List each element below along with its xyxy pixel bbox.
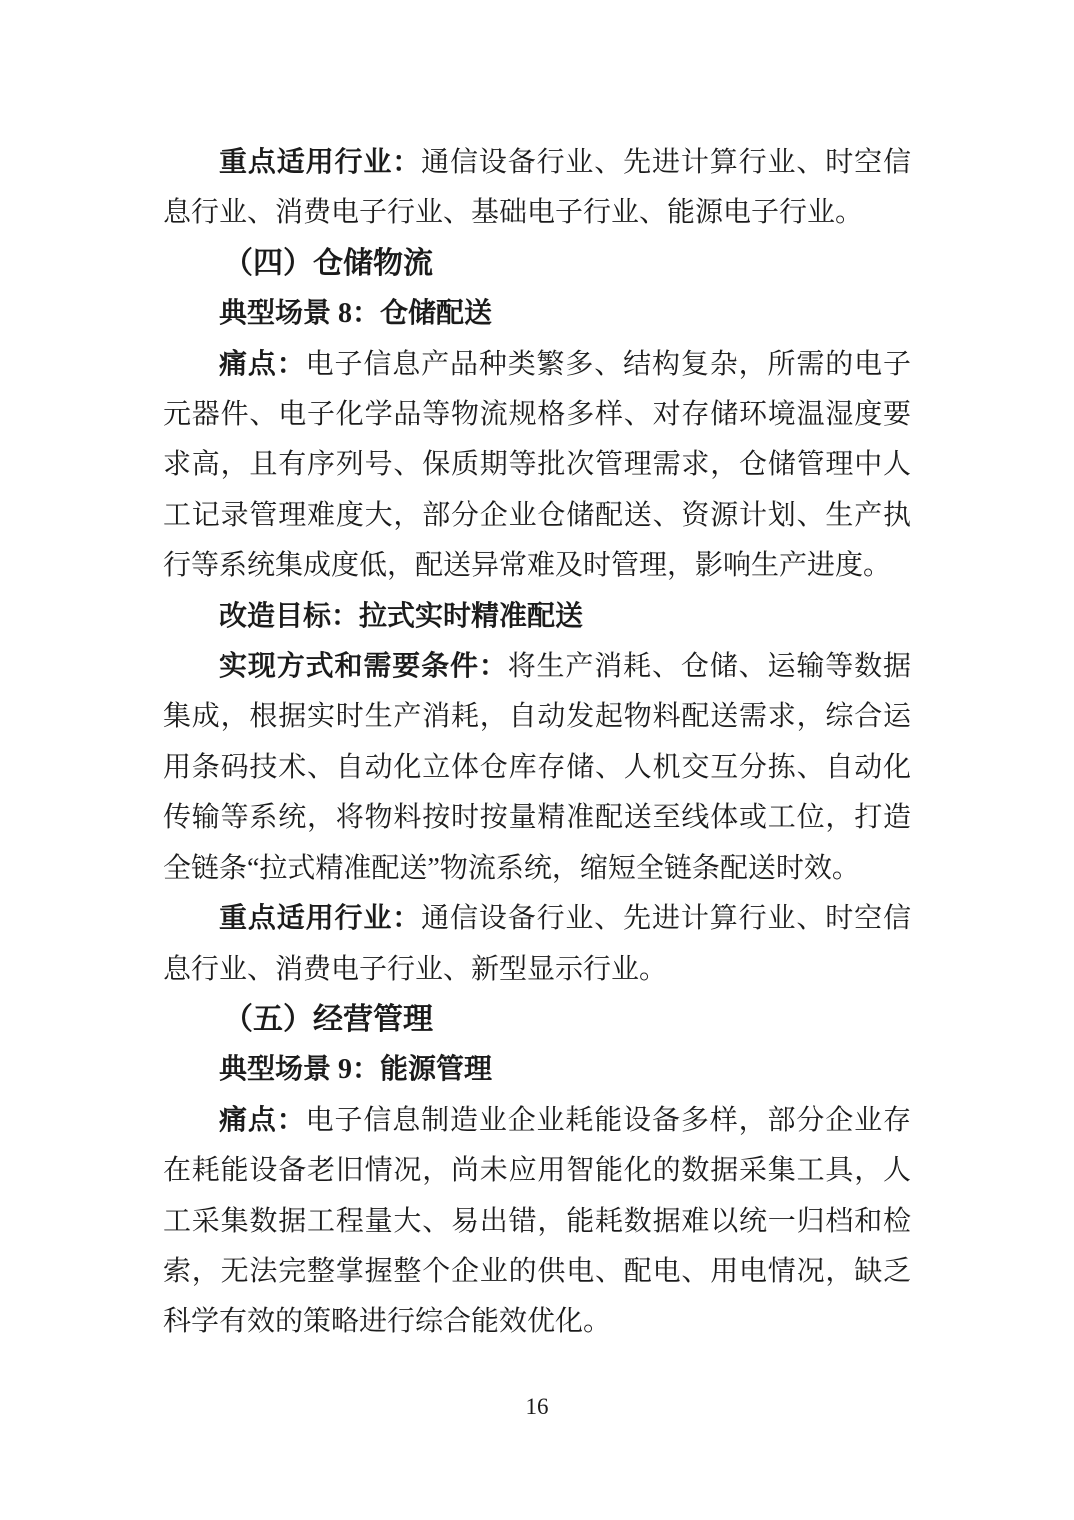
paragraph-text: 电子信息产品种类繁多、结构复杂，所需的电子元器件、电子化学品等物流规格多样、对存… — [163, 349, 911, 582]
paragraph-label: 痛点： — [219, 349, 306, 380]
scene-goal-8: 改造目标：拉式实时精准配送 — [163, 592, 911, 642]
document-page: 重点适用行业：通信设备行业、先进计算行业、时空信息行业、消费电子行业、基础电子行… — [0, 0, 1074, 1422]
section-heading-business-management: （五）经营管理 — [163, 995, 911, 1045]
paragraph-pain-point-8: 痛点：电子信息产品种类繁多、结构复杂，所需的电子元器件、电子化学品等物流规格多样… — [163, 340, 911, 592]
page-number: 16 — [163, 1392, 911, 1422]
scene-title-8: 典型场景 8：仓储配送 — [163, 289, 911, 339]
paragraph-key-industries-1: 重点适用行业：通信设备行业、先进计算行业、时空信息行业、消费电子行业、基础电子行… — [163, 138, 911, 239]
scene-title-9: 典型场景 9：能源管理 — [163, 1045, 911, 1095]
scene-label: 典型场景 9： — [219, 1054, 380, 1085]
paragraph-label: 重点适用行业： — [219, 903, 421, 934]
scene-text: 拉式实时精准配送 — [359, 601, 583, 632]
scene-label: 典型场景 8： — [219, 298, 380, 329]
scene-text: 仓储配送 — [380, 298, 492, 329]
paragraph-label: 痛点： — [219, 1105, 306, 1136]
paragraph-label: 重点适用行业： — [219, 147, 421, 178]
paragraph-label: 实现方式和需要条件： — [219, 651, 508, 682]
paragraph-text: 电子信息制造业企业耗能设备多样，部分企业存在耗能设备老旧情况，尚未应用智能化的数… — [163, 1105, 911, 1338]
paragraph-text: 将生产消耗、仓储、运输等数据集成，根据实时生产消耗，自动发起物料配送需求，综合运… — [163, 651, 911, 884]
paragraph-pain-point-9: 痛点：电子信息制造业企业耗能设备多样，部分企业存在耗能设备老旧情况，尚未应用智能… — [163, 1096, 911, 1348]
section-heading-warehouse-logistics: （四）仓储物流 — [163, 239, 911, 289]
paragraph-implementation-8: 实现方式和需要条件：将生产消耗、仓储、运输等数据集成，根据实时生产消耗，自动发起… — [163, 642, 911, 894]
scene-label: 改造目标： — [219, 601, 359, 632]
paragraph-key-industries-2: 重点适用行业：通信设备行业、先进计算行业、时空信息行业、消费电子行业、新型显示行… — [163, 894, 911, 995]
scene-text: 能源管理 — [380, 1054, 492, 1085]
